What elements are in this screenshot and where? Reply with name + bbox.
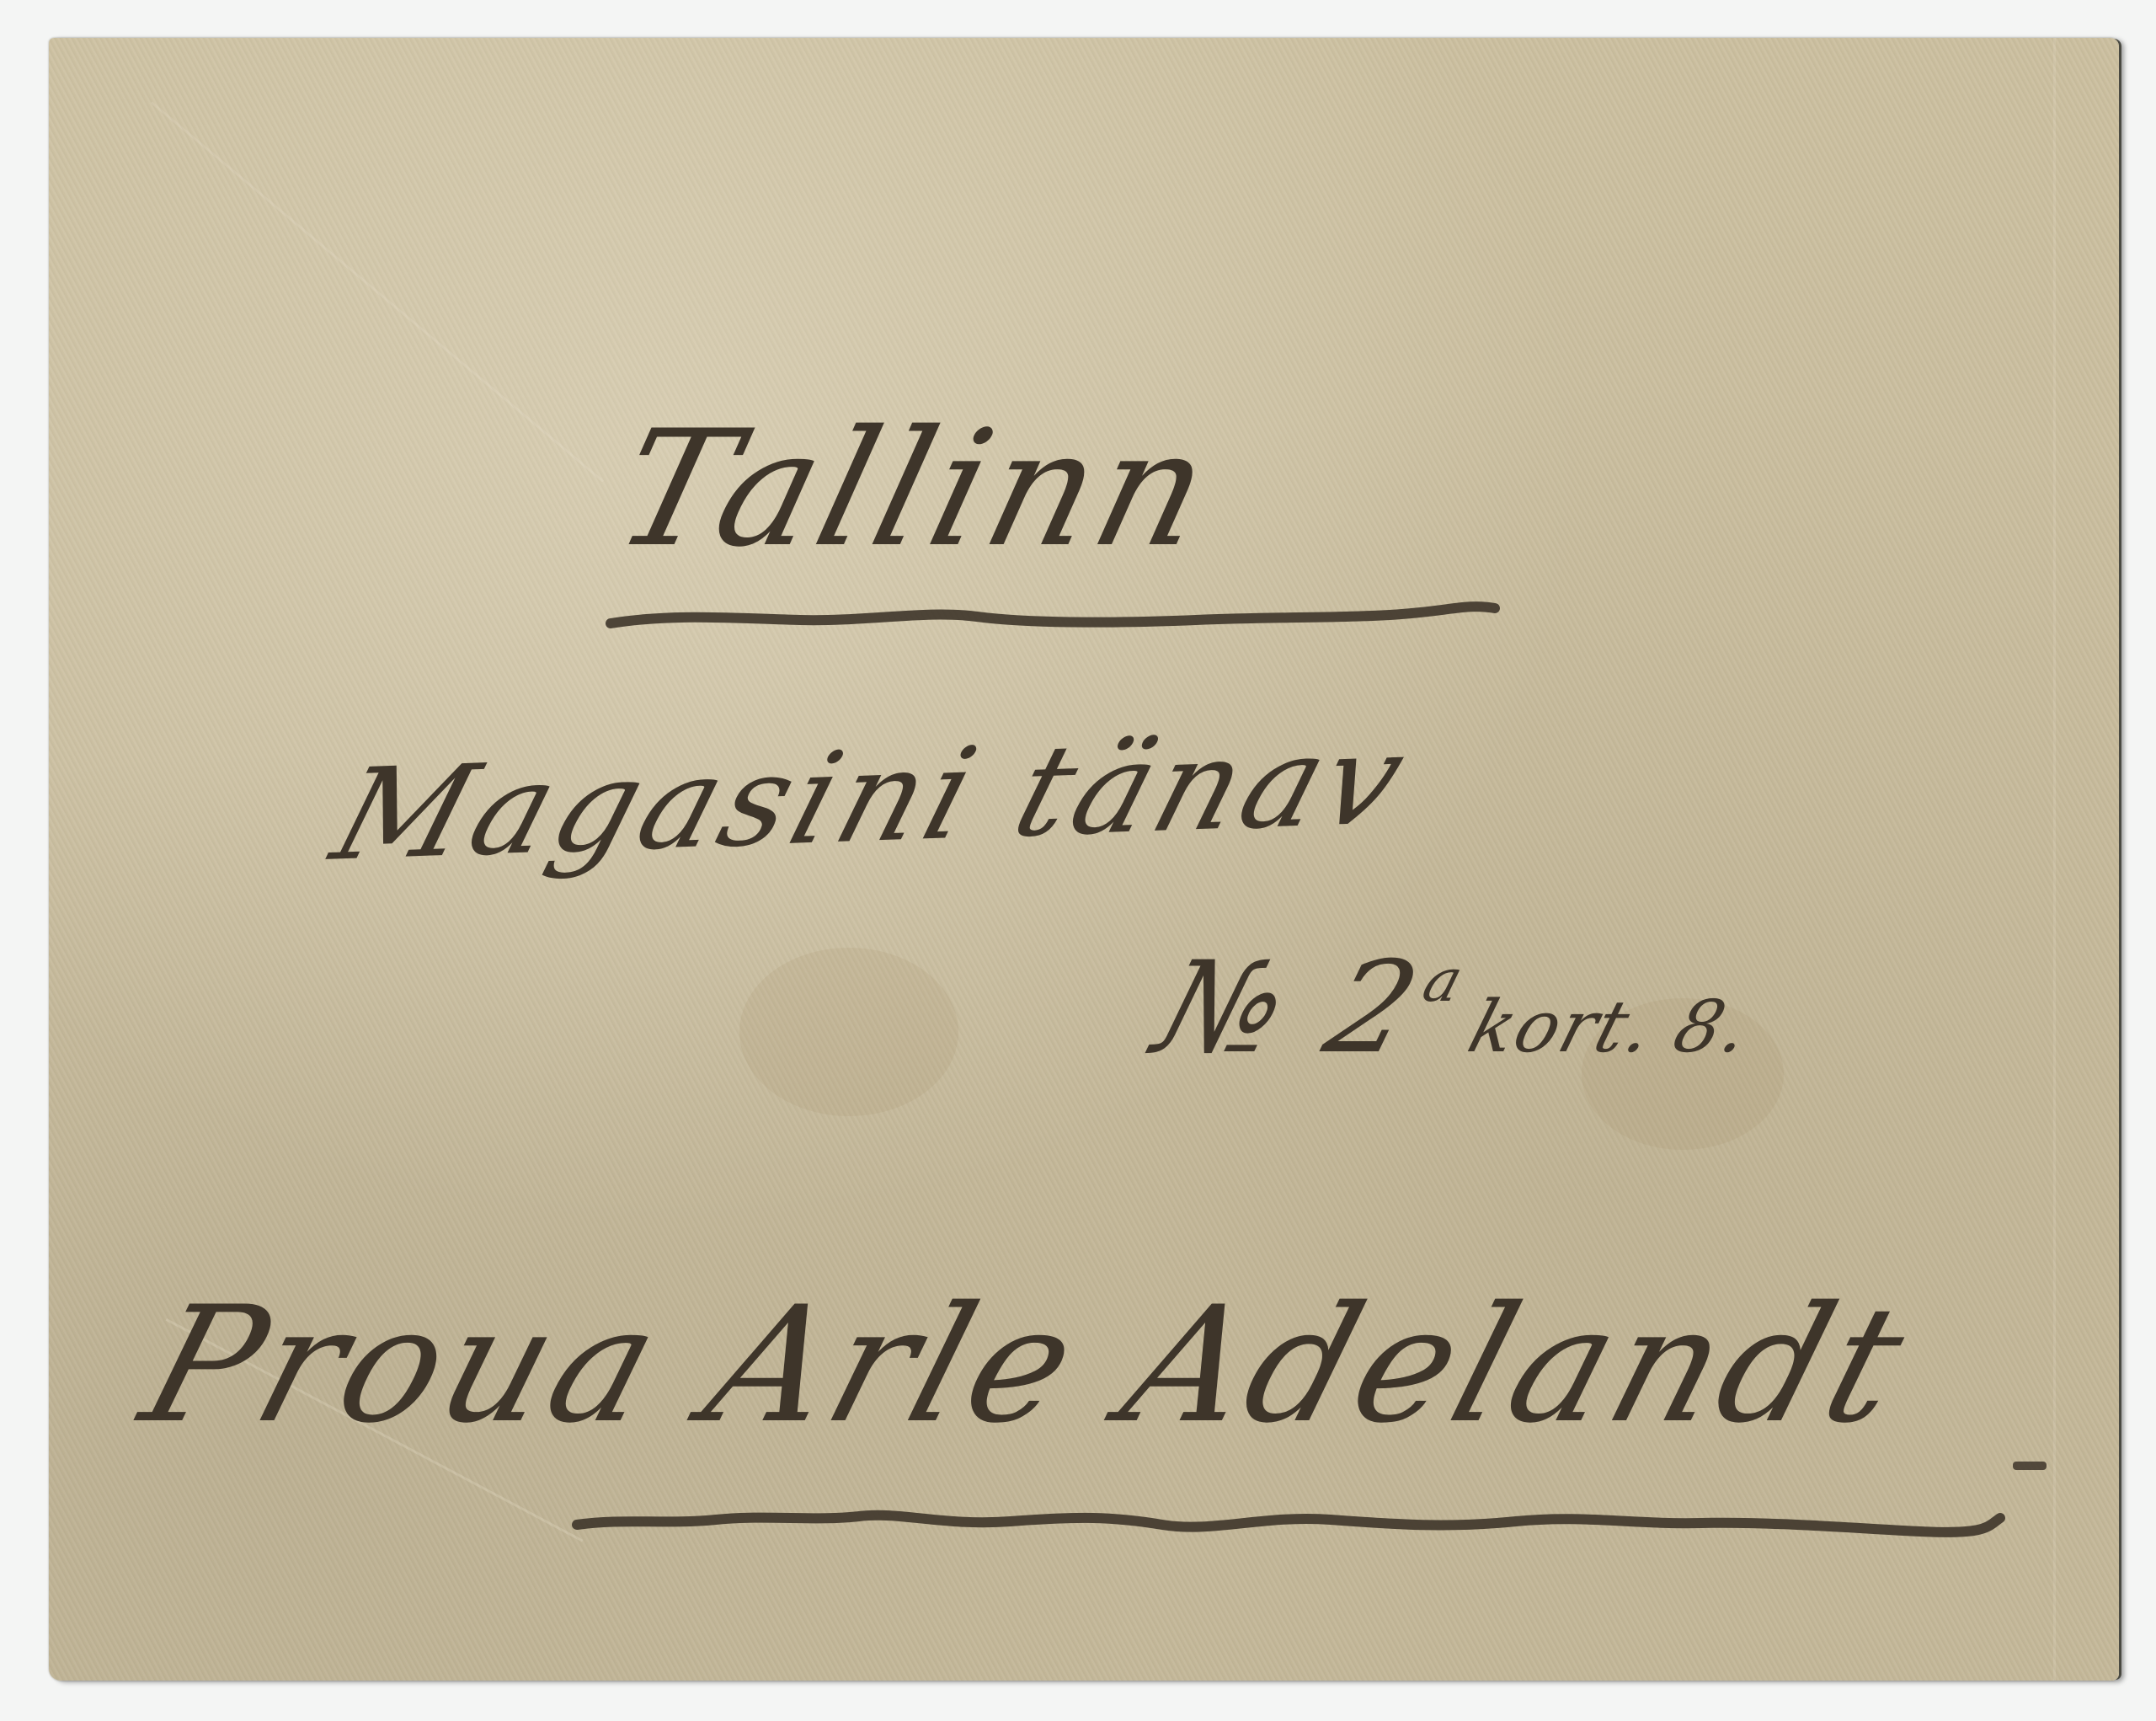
recipient-name: ProuaArleAdelandt <box>125 1272 1928 1458</box>
address-city: Tallinn <box>600 396 1230 582</box>
city-text: Tallinn <box>600 396 1230 582</box>
recipient-first-name: Arle <box>688 1272 1100 1458</box>
paper-crease <box>2053 38 2056 1681</box>
recipient-last-name: Adelandt <box>1105 1272 1928 1458</box>
recipient-title: Proua <box>125 1272 682 1458</box>
city-underline <box>606 598 1499 649</box>
address-number: № 2a kort. 8. <box>1141 935 1774 1082</box>
apartment-text: kort. 8. <box>1435 986 1760 1069</box>
recipient-underline <box>573 1499 2004 1550</box>
paper-crease <box>151 101 604 482</box>
ink-dash-mark <box>2013 1462 2047 1470</box>
paper-stain <box>739 948 958 1116</box>
